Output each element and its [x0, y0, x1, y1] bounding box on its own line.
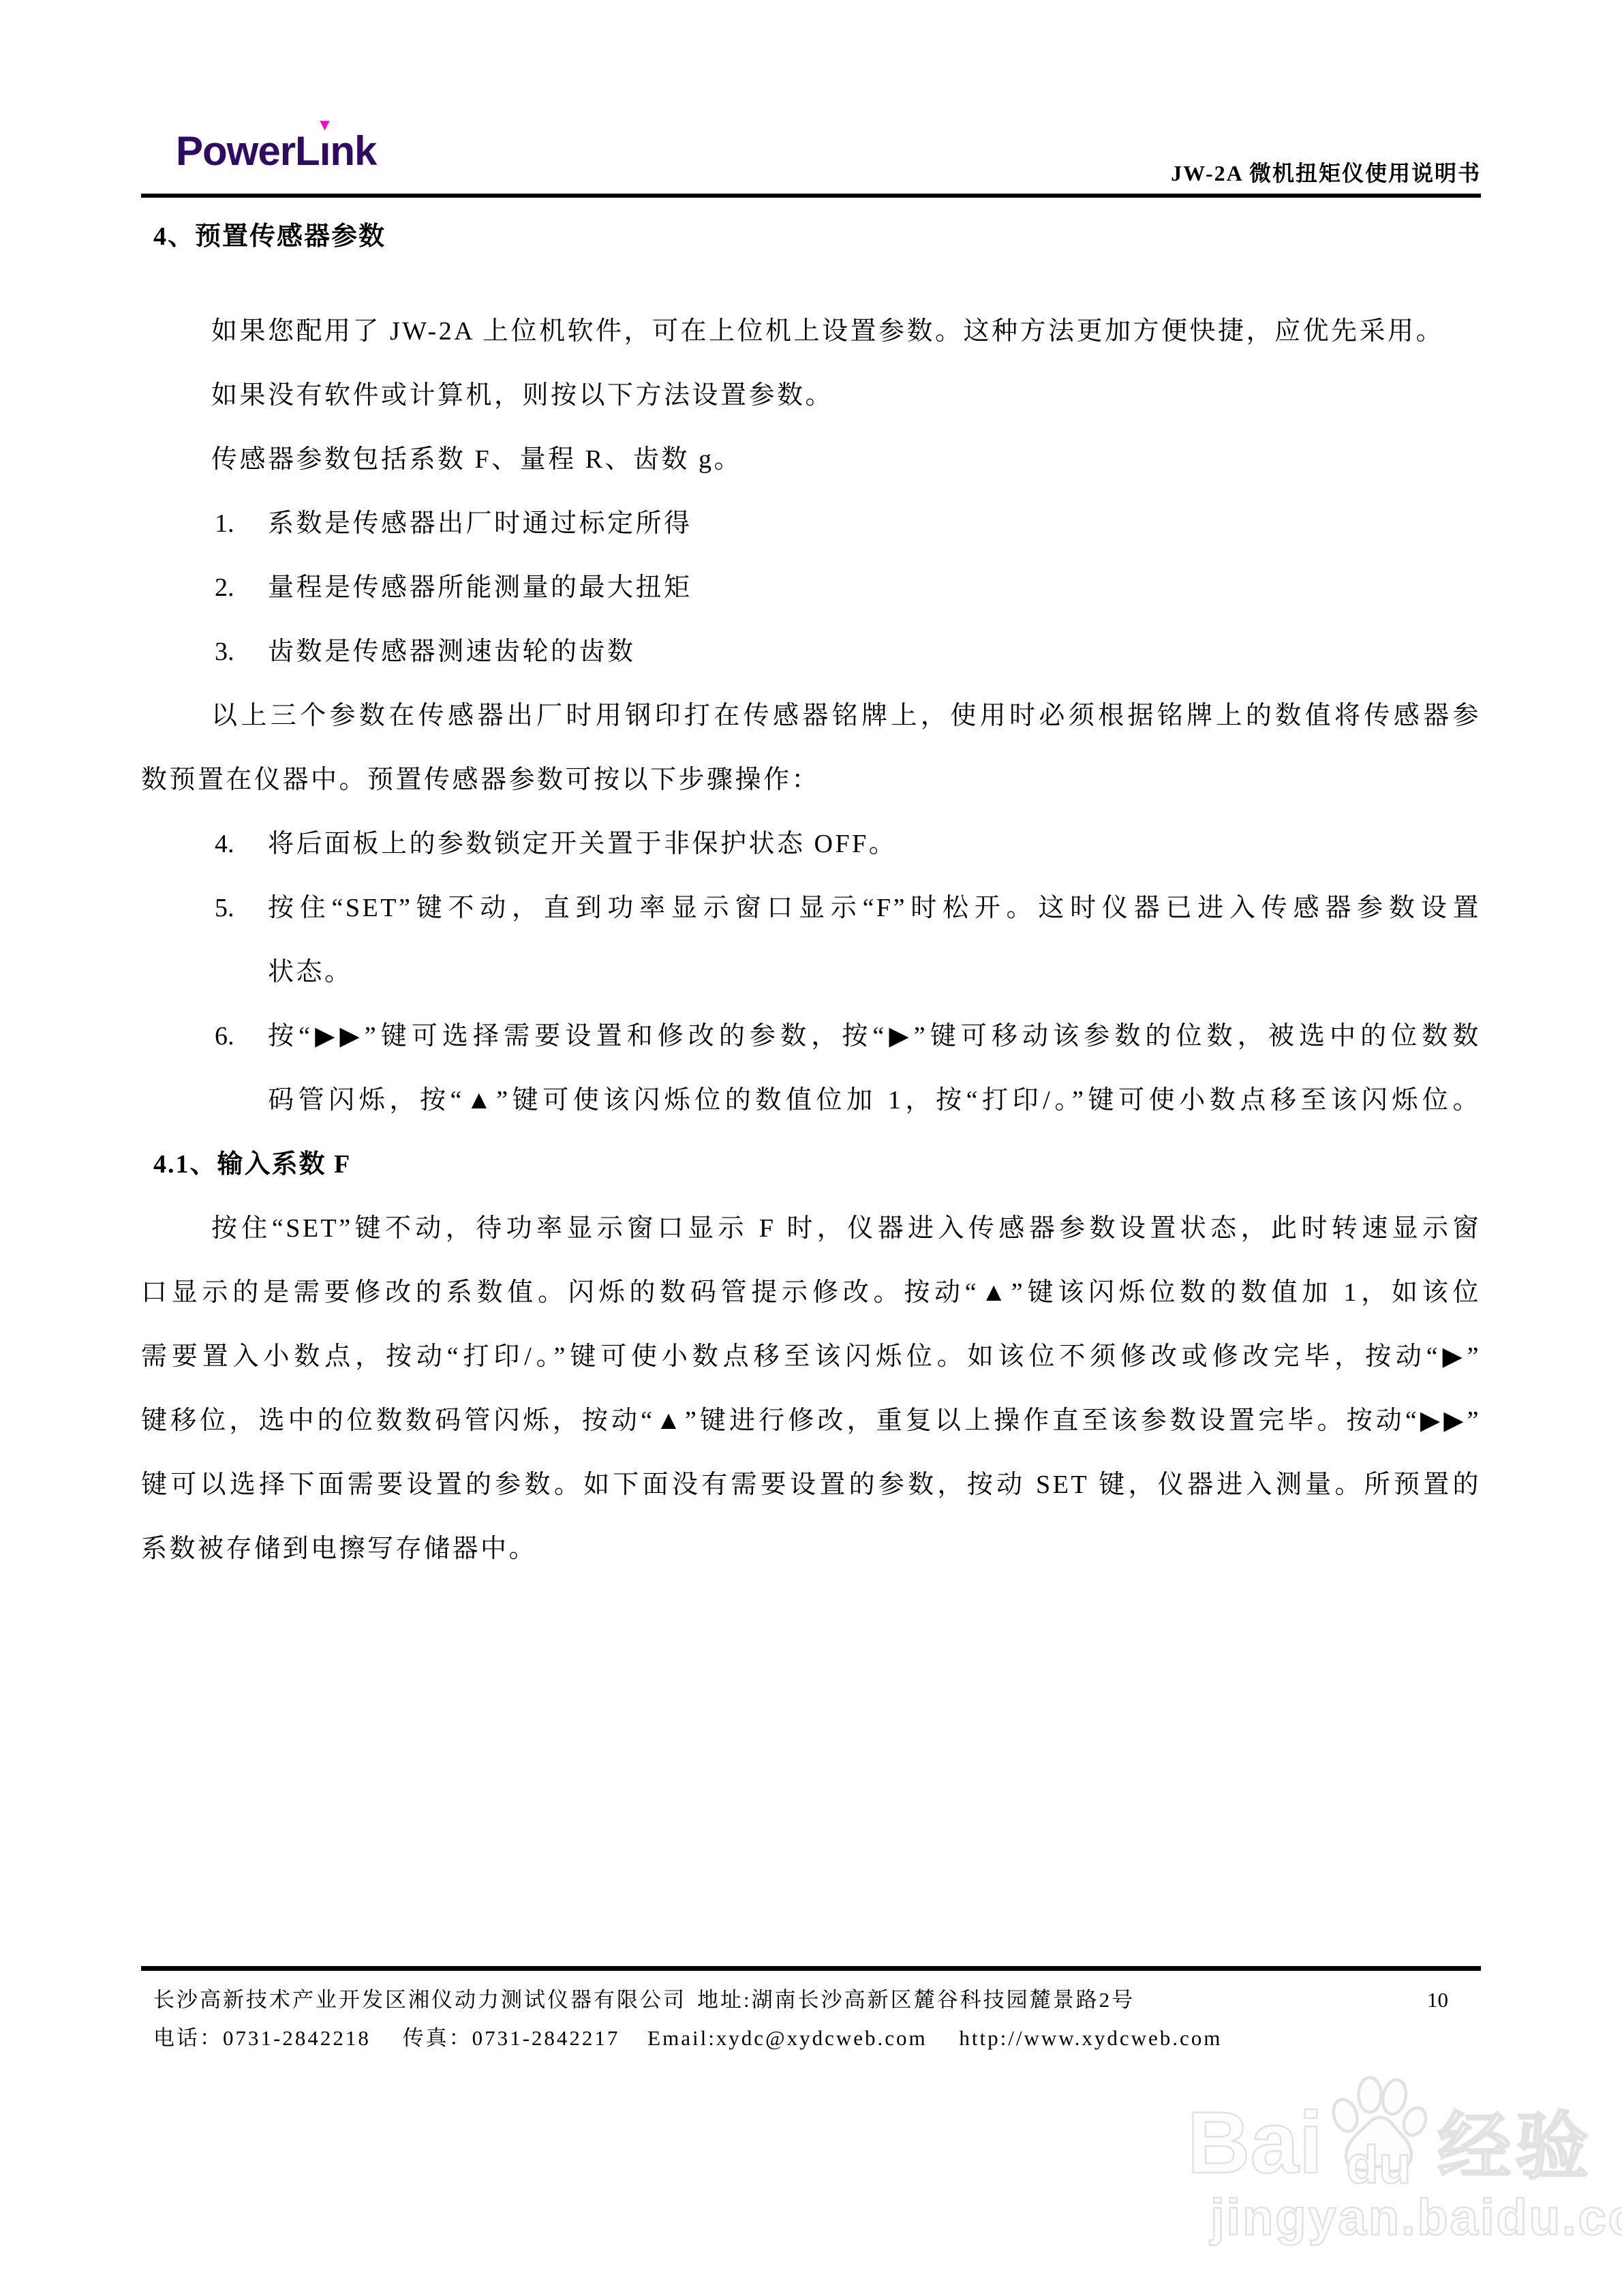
- list-item-line: 按“▶▶”键可选择需要设置和修改的参数，按“▶”键可移动该参数的位数，被选中的位…: [268, 1004, 1481, 1068]
- logo-i-stem: ı: [320, 128, 331, 174]
- logo-text-left: PowerL: [176, 128, 320, 174]
- list-item-text: 按“▶▶”键可选择需要设置和修改的参数，按“▶”键可移动该参数的位数，被选中的位…: [268, 1004, 1481, 1132]
- baidu-jingyan-watermark: Bai du 经验 jingyan.baidu.com: [1187, 2072, 1622, 2247]
- footer-contact-line: 电话：0731-2842218 传真：0731-2842217 Email:xy…: [141, 2024, 1481, 2053]
- list-item-number: 5.: [215, 876, 268, 1004]
- paragraph-nameplate-line2: 数预置在仪器中。预置传感器参数可按以下步骤操作：: [141, 748, 1481, 812]
- paragraph-coefficient-line2: 口显示的是需要修改的系数值。闪烁的数码管提示修改。按动“▲”键该闪烁位数的数值加…: [141, 1260, 1481, 1325]
- paragraph-coefficient-line1: 按住“SET”键不动，待功率显示窗口显示 F 时，仪器进入传感器参数设置状态，此…: [141, 1196, 1481, 1260]
- company-name: 长沙高新技术产业开发区湘仪动力测试仪器有限公司: [153, 1988, 686, 2012]
- powerlink-logo: PowerL▼ınk: [176, 131, 376, 172]
- list-item-number: 2.: [215, 556, 268, 620]
- logo-text-right: nk: [330, 128, 376, 174]
- manual-title: JW-2A 微机扭矩仪使用说明书: [1171, 159, 1481, 187]
- list-item-number: 1.: [215, 492, 268, 556]
- watermark-brand-cn: 经验: [1437, 2106, 1593, 2187]
- list-item-text: 将后面板上的参数锁定开关置于非保护状态 OFF。: [268, 812, 897, 876]
- paragraph-params: 传感器参数包括系数 F、量程 R、齿数 g。: [141, 427, 1481, 492]
- footer-phone: 电话：0731-2842218: [153, 2026, 371, 2050]
- section-4-1-heading: 4.1、输入系数 F: [141, 1132, 1481, 1196]
- footer-company-line: 长沙高新技术产业开发区湘仪动力测试仪器有限公司地址:湖南长沙高新区麓谷科技园麓景…: [141, 1986, 1481, 2014]
- watermark-brand-left: Bai: [1187, 2100, 1323, 2187]
- list-item-text: 量程是传感器所能测量的最大扭矩: [268, 556, 692, 620]
- list-item-1: 1. 系数是传感器出厂时通过标定所得: [215, 492, 1481, 556]
- footer-url: http://www.xydcweb.com: [959, 2026, 1222, 2050]
- footer-email: Email:xydc@xydcweb.com: [647, 2026, 927, 2050]
- watermark-brand-row: Bai du 经验: [1187, 2072, 1622, 2187]
- paragraph-coefficient-line5: 键可以选择下面需要设置的参数。如下面没有需要设置的参数，按动 SET 键，仪器进…: [141, 1453, 1481, 1517]
- page-number: 10: [1427, 1986, 1448, 2014]
- list-item-text: 按住“SET”键不动，直到功率显示窗口显示“F”时松开。这时仪器已进入传感器参数…: [268, 876, 1481, 1004]
- header-rule: [141, 194, 1481, 198]
- list-item-3: 3. 齿数是传感器测速齿轮的齿数: [215, 620, 1481, 684]
- paragraph-intro-2: 如果没有软件或计算机，则按以下方法设置参数。: [141, 363, 1481, 427]
- list-item-2: 2. 量程是传感器所能测量的最大扭矩: [215, 556, 1481, 620]
- paragraph-intro-1: 如果您配用了 JW-2A 上位机软件，可在上位机上设置参数。这种方法更加方便快捷…: [141, 299, 1481, 363]
- list-item-number: 6.: [215, 1004, 268, 1132]
- list-item-6: 6. 按“▶▶”键可选择需要设置和修改的参数，按“▶”键可移动该参数的位数，被选…: [215, 1004, 1481, 1132]
- manual-page: PowerL▼ınk JW-2A 微机扭矩仪使用说明书 4、预置传感器参数 如果…: [0, 0, 1622, 2296]
- list-item-5: 5. 按住“SET”键不动，直到功率显示窗口显示“F”时松开。这时仪器已进入传感…: [215, 876, 1481, 1004]
- paragraph-coefficient-line3: 需要置入小数点，按动“打印/。”键可使小数点移至该闪烁位。如该位不须修改或修改完…: [141, 1325, 1481, 1389]
- list-item-line: 状态。: [268, 940, 1481, 1004]
- paragraph-coefficient-line4: 键移位，选中的位数数码管闪烁，按动“▲”键进行修改，重复以上操作直至该参数设置完…: [141, 1389, 1481, 1453]
- list-item-text: 齿数是传感器测速齿轮的齿数: [268, 620, 636, 684]
- baidu-paw-icon: du: [1327, 2072, 1429, 2187]
- list-item-number: 4.: [215, 812, 268, 876]
- list-item-line: 码管闪烁，按“▲”键可使该闪烁位的数值位加 1，按“打印/。”键可使小数点移至该…: [268, 1068, 1481, 1132]
- list-item-4: 4. 将后面板上的参数锁定开关置于非保护状态 OFF。: [215, 812, 1481, 876]
- footer-fax: 传真：0731-2842217: [403, 2026, 620, 2050]
- list-item-line: 按住“SET”键不动，直到功率显示窗口显示“F”时松开。这时仪器已进入传感器参数…: [268, 876, 1481, 940]
- footer-rule: [141, 1966, 1481, 1971]
- paragraph-coefficient-line6: 系数被存储到电擦写存储器中。: [141, 1517, 1481, 1581]
- watermark-url: jingyan.baidu.com: [1210, 2188, 1622, 2247]
- list-item-number: 3.: [215, 620, 268, 684]
- logo-letter-i: ▼ı: [320, 131, 331, 172]
- logo-triangle-icon: ▼: [317, 117, 333, 134]
- document-body: 4、预置传感器参数 如果您配用了 JW-2A 上位机软件，可在上位机上设置参数。…: [141, 205, 1481, 1581]
- list-item-text: 系数是传感器出厂时通过标定所得: [268, 492, 692, 556]
- paragraph-nameplate-line1: 以上三个参数在传感器出厂时用钢印打在传感器铭牌上，使用时必须根据铭牌上的数值将传…: [141, 684, 1481, 748]
- company-address: 地址:湖南长沙高新区麓谷科技园麓景路2号: [697, 1988, 1135, 2012]
- watermark-brand-du: du: [1346, 2138, 1411, 2191]
- section-4-heading: 4、预置传感器参数: [141, 205, 1481, 269]
- page-footer: 长沙高新技术产业开发区湘仪动力测试仪器有限公司地址:湖南长沙高新区麓谷科技园麓景…: [141, 1966, 1481, 2053]
